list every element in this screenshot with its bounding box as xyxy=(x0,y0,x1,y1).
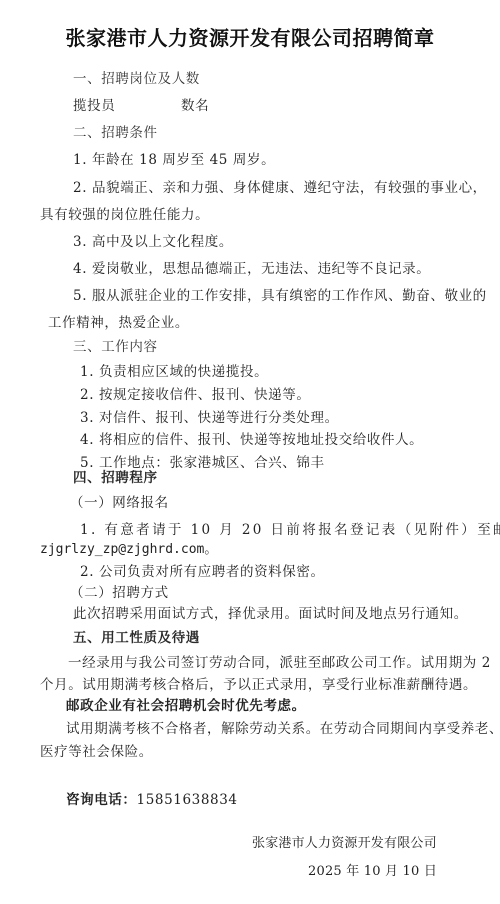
employment-terms-line2: 个月。试用期满考核合格后，予以正式录用，享受行业标准薪酬待遇。 xyxy=(40,676,477,694)
signature-date: 2025 年 10 月 10 日 xyxy=(308,863,437,881)
duty-1: 1. 负责相应区域的快递揽投。 xyxy=(80,363,268,381)
section-2-heading: 二、招聘条件 xyxy=(73,124,158,142)
signature-company: 张家港市人力资源开发有限公司 xyxy=(252,835,437,853)
contact-label: 咨询电话： xyxy=(66,792,137,808)
duty-4: 4. 将相应的信件、报刊、快递等按地址投交给收件人。 xyxy=(80,431,423,449)
requirement-2-cont: 具有较强的岗位胜任能力。 xyxy=(40,206,209,224)
employment-terms-line1: 一经录用与我公司签订劳动合同，派驻至邮政公司工作。试用期为 2 xyxy=(68,654,491,672)
section-3-heading: 三、工作内容 xyxy=(73,338,158,356)
requirement-5: 5. 服从派驻企业的工作安排，具有缜密的工作作风、勤奋、敬业的 xyxy=(73,287,487,305)
section-4-heading: 四、招聘程序 xyxy=(73,469,158,487)
subsection-online-registration: （一）网络报名 xyxy=(70,494,169,512)
recruitment-method-text: 此次招聘采用面试方式，择优录用。面试时间及地点另行通知。 xyxy=(73,605,468,623)
probation-terms-line2: 医疗等社会保险。 xyxy=(40,743,153,761)
requirement-1: 1. 年龄在 18 周岁至 45 周岁。 xyxy=(73,151,275,169)
requirement-5-cont: 工作精神，热爱企业。 xyxy=(48,314,189,332)
requirement-4: 4. 爱岗敬业，思想品德端正，无违法、违纪等不良记录。 xyxy=(73,260,430,278)
page-title: 张家港市人力资源开发有限公司招聘简章 xyxy=(0,22,500,51)
contact-phone: 咨询电话：15851638834 xyxy=(66,791,238,809)
requirement-2: 2. 品貌端正、亲和力强、身体健康、遵纪守法，有较强的事业心， xyxy=(73,179,487,197)
phone-number: 15851638834 xyxy=(137,792,238,808)
section-1-heading: 一、招聘岗位及人数 xyxy=(73,70,200,88)
registration-email: zjgrlzy_zp@zjghrd.com。 xyxy=(40,541,217,559)
registration-instruction: 1. 有意者请于 10 月 20 日前将报名登记表（见附件）至邮箱 xyxy=(80,521,500,539)
priority-note: 邮政企业有社会招聘机会时优先考虑。 xyxy=(66,697,306,715)
probation-terms-line1: 试用期满考核不合格者，解除劳动关系。在劳动合同期间内享受养老、 xyxy=(66,720,500,738)
section-5-heading: 五、用工性质及待遇 xyxy=(73,629,200,647)
subsection-recruitment-method: （二）招聘方式 xyxy=(70,584,169,602)
privacy-note: 2. 公司负责对所有应聘者的资料保密。 xyxy=(80,563,325,581)
duty-2: 2. 按规定接收信件、报刊、快递等。 xyxy=(80,386,310,404)
position-count: 数名 xyxy=(181,97,209,115)
position-name: 揽投员 xyxy=(73,97,115,115)
requirement-3: 3. 高中及以上文化程度。 xyxy=(73,233,233,251)
duty-3: 3. 对信件、报刊、快递等进行分类处理。 xyxy=(80,409,339,427)
